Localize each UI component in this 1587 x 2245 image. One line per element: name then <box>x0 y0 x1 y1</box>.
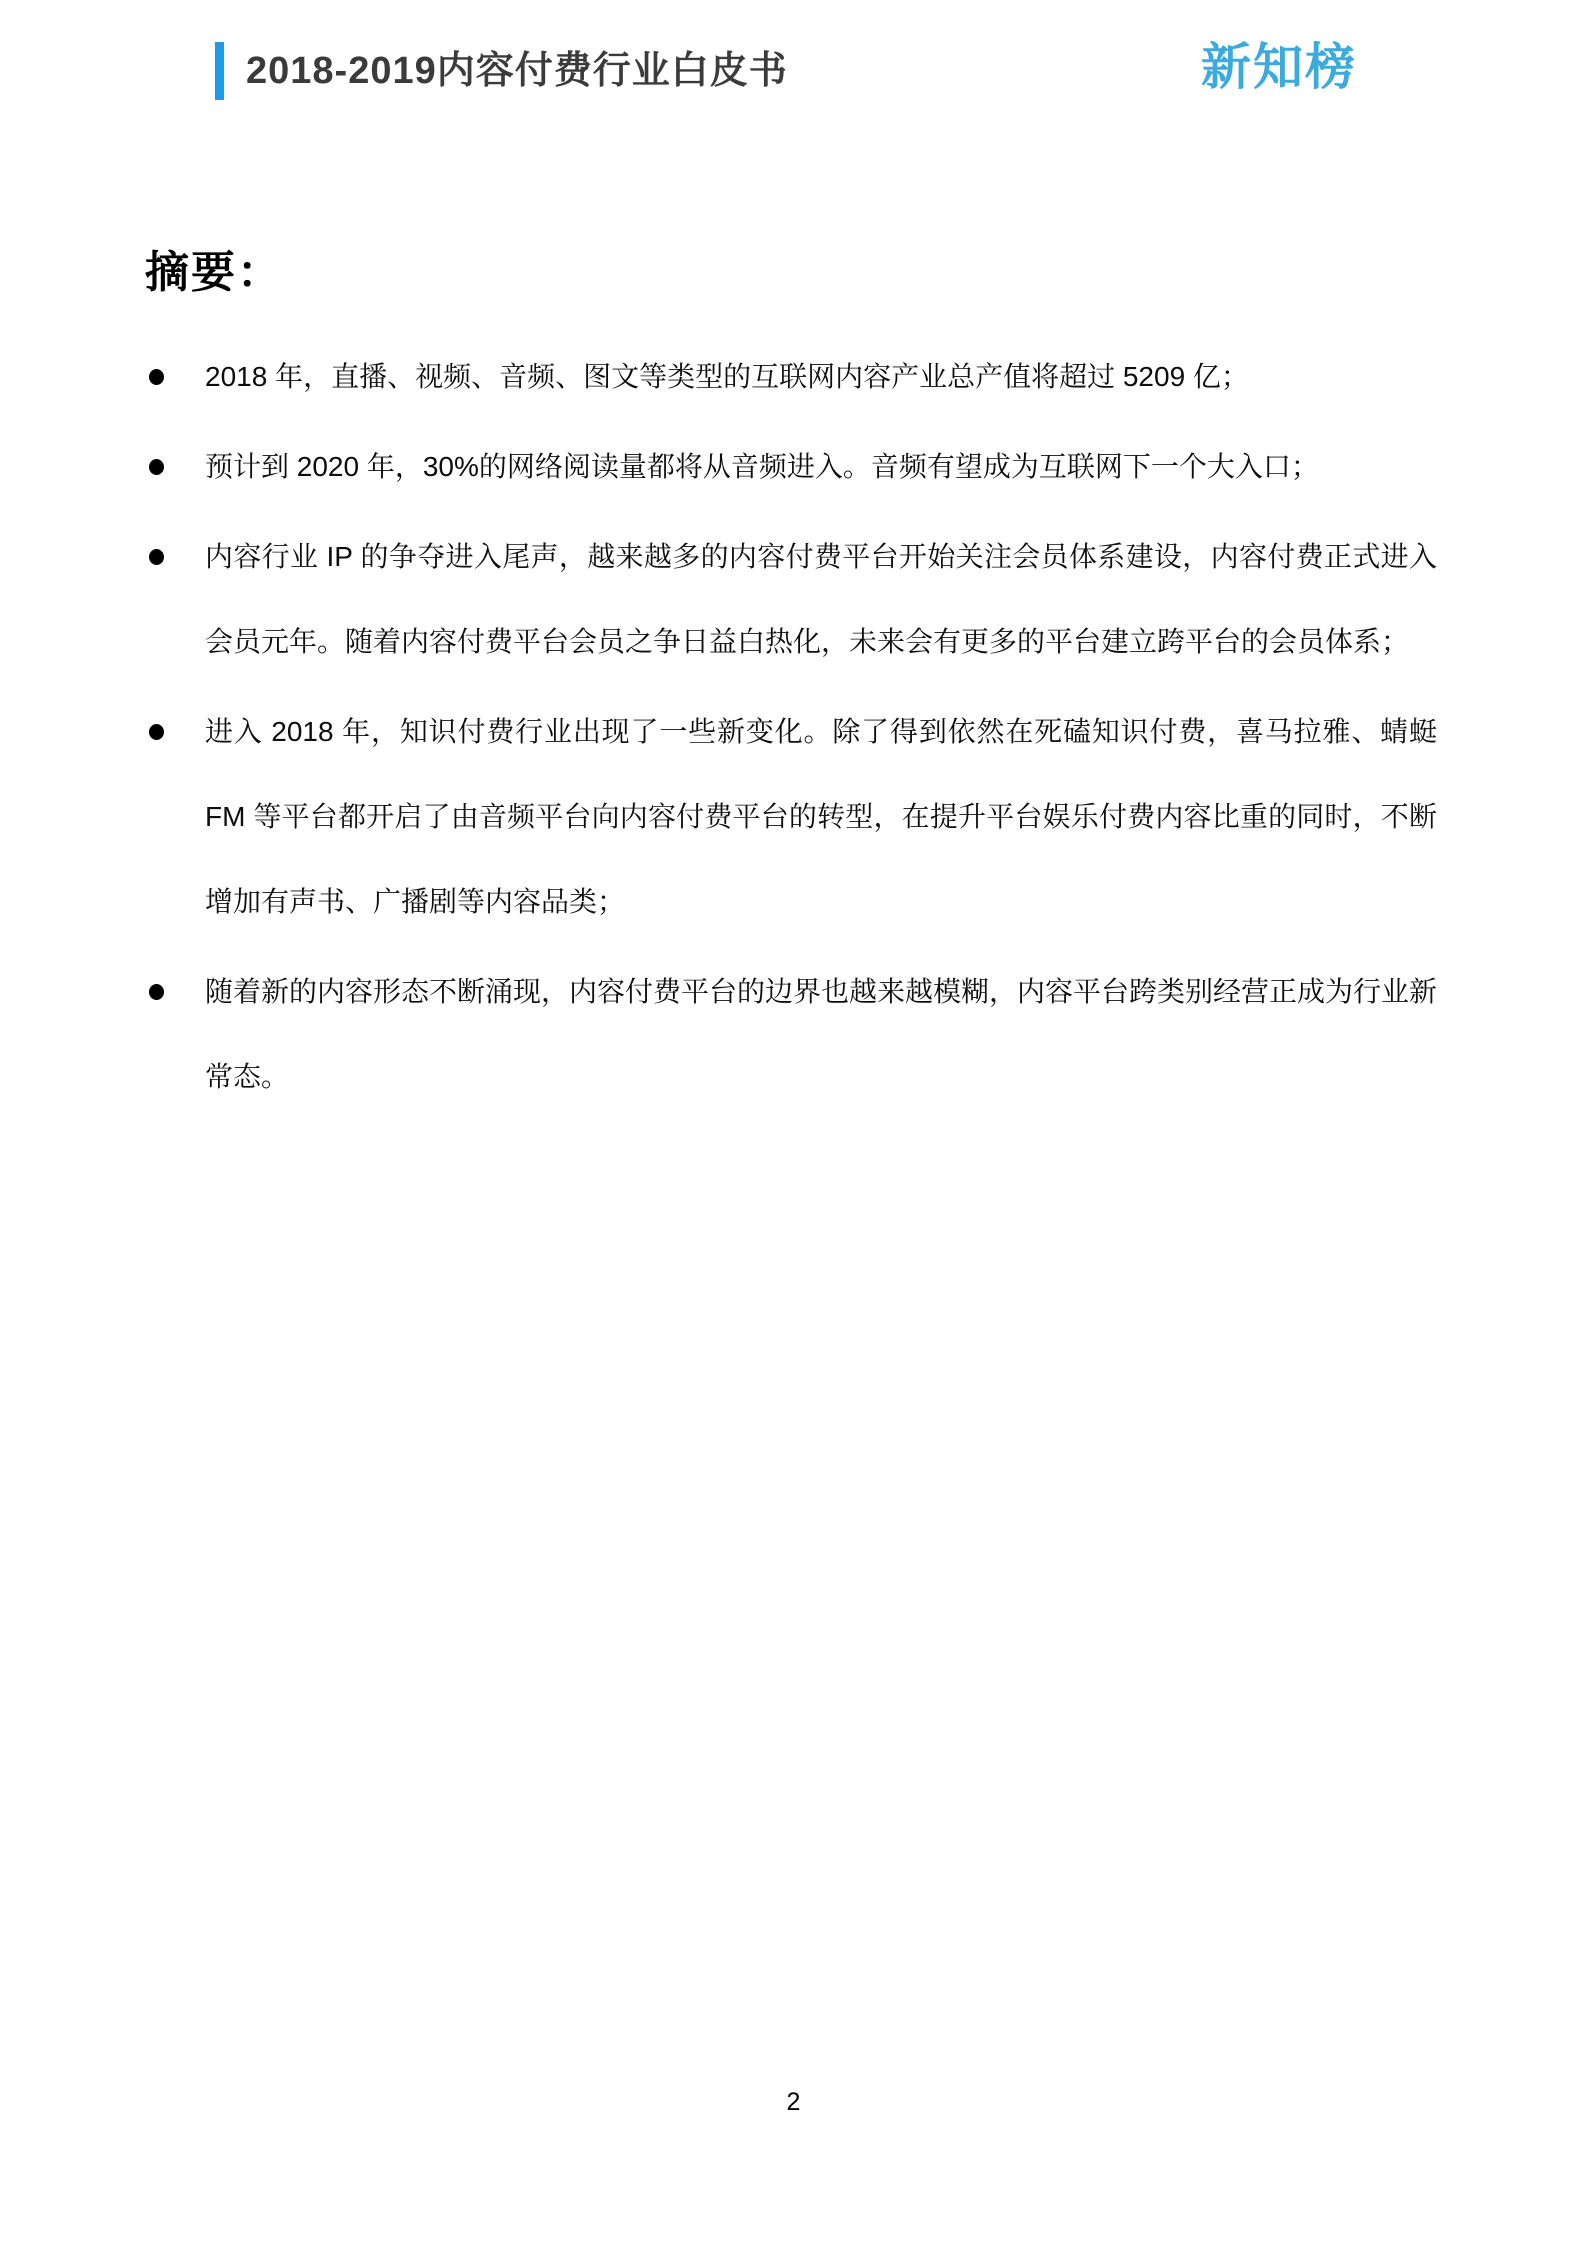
bullet-text: 预计到 2020 年，30%的网络阅读量都将从音频进入。音频有望成为互联网下一个… <box>205 451 1319 482</box>
bullet-dot-icon <box>149 984 164 1000</box>
title-accent-bar <box>215 42 224 100</box>
bullet-text: 内容行业 IP 的争夺进入尾声，越来越多的内容付费平台开始关注会员体系建设，内容… <box>205 541 1437 657</box>
summary-heading: 摘要： <box>145 248 1437 298</box>
summary-bullet-item: 2018 年，直播、视频、音频、图文等类型的互联网内容产业总产值将超过 5209… <box>145 334 1437 419</box>
bullet-dot-icon <box>149 724 164 740</box>
brand-logo: 新知榜 <box>1201 38 1357 96</box>
summary-bullet-item: 随着新的内容形态不断涌现，内容付费平台的边界也越来越模糊，内容平台跨类别经营正成… <box>145 949 1437 1119</box>
bullet-dot-icon <box>149 549 164 565</box>
summary-bullet-item: 内容行业 IP 的争夺进入尾声，越来越多的内容付费平台开始关注会员体系建设，内容… <box>145 514 1437 684</box>
summary-bullet-item: 预计到 2020 年，30%的网络阅读量都将从音频进入。音频有望成为互联网下一个… <box>145 424 1437 509</box>
document-header: 2018-2019内容付费行业白皮书 <box>215 42 788 100</box>
summary-bullet-list: 2018 年，直播、视频、音频、图文等类型的互联网内容产业总产值将超过 5209… <box>145 334 1437 1119</box>
summary-bullet-item: 进入 2018 年，知识付费行业出现了一些新变化。除了得到依然在死磕知识付费，喜… <box>145 689 1437 944</box>
document-page: 2018-2019内容付费行业白皮书 新知榜 摘要： 2018 年，直播、视频、… <box>0 0 1587 2245</box>
bullet-text: 2018 年，直播、视频、音频、图文等类型的互联网内容产业总产值将超过 5209… <box>205 361 1249 392</box>
bullet-dot-icon <box>149 369 164 385</box>
bullet-text: 随着新的内容形态不断涌现，内容付费平台的边界也越来越模糊，内容平台跨类别经营正成… <box>205 976 1437 1092</box>
page-number: 2 <box>0 2088 1587 2117</box>
bullet-text: 进入 2018 年，知识付费行业出现了一些新变化。除了得到依然在死磕知识付费，喜… <box>205 716 1437 917</box>
document-title: 2018-2019内容付费行业白皮书 <box>246 42 788 100</box>
summary-section: 摘要： 2018 年，直播、视频、音频、图文等类型的互联网内容产业总产值将超过 … <box>145 248 1437 1124</box>
bullet-dot-icon <box>149 459 164 475</box>
